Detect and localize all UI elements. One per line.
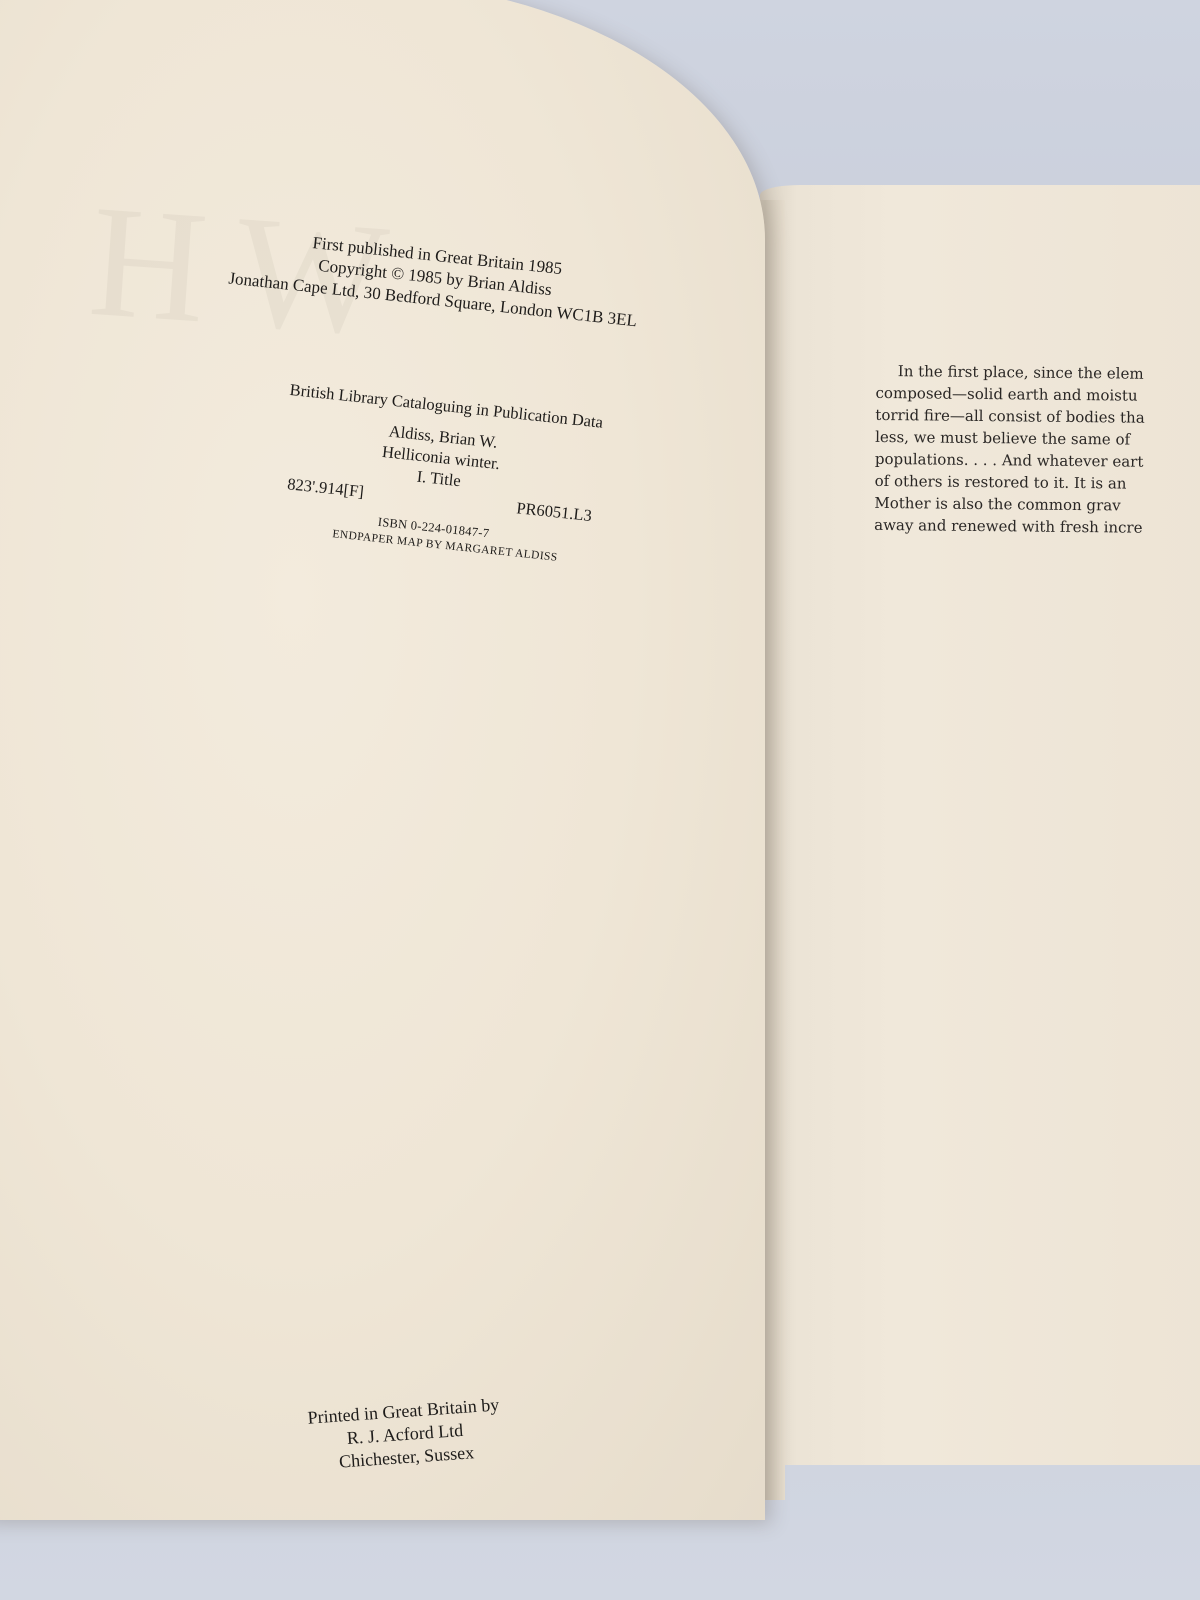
epigraph-line: In the first place, since the elem [876,360,1176,385]
epigraph-line: populations. . . . And whatever eart [875,448,1175,473]
epigraph-line: torrid fire—all consist of bodies tha [875,404,1175,429]
epigraph-line: of others is restored to it. It is an [875,470,1175,495]
epigraph-line: less, we must believe the same of [875,426,1175,451]
epigraph-line: composed—solid earth and moistu [875,382,1175,407]
epigraph-line: Mother is also the common grav [874,492,1174,517]
epigraph-text: In the first place, since the elem compo… [874,360,1200,540]
epigraph-line: away and renewed with fresh incre [874,514,1174,539]
